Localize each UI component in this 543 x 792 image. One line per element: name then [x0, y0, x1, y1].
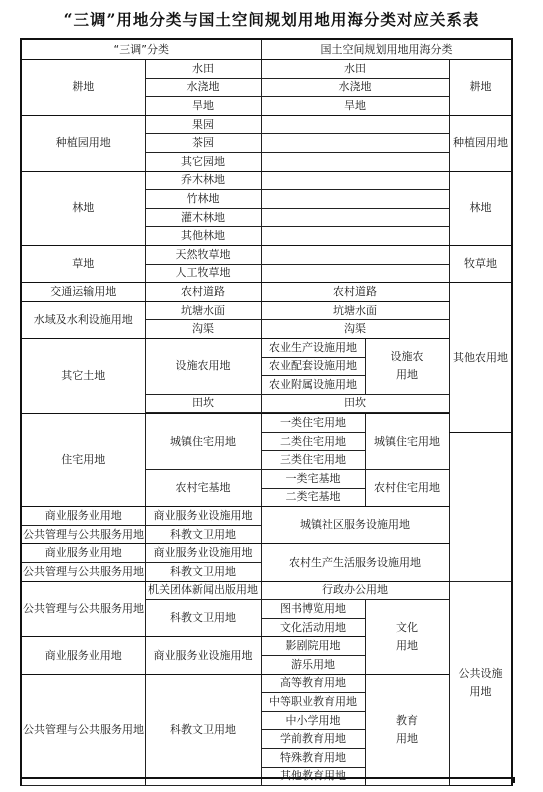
gk-subsub: 二类住宅用地 — [261, 432, 365, 451]
gk-sub-empty — [261, 245, 449, 264]
gk-subsub: 农业配套设施用地 — [261, 357, 365, 376]
gk-sub-empty — [261, 227, 449, 246]
gk-subsub: 中等职业教育用地 — [261, 693, 365, 712]
gk-sub-facility-farm: 设施农用地 — [365, 338, 449, 394]
gk-subsub: 特殊教育用地 — [261, 748, 365, 767]
gk-sub-education-line1: 教育 — [367, 712, 448, 730]
gk-sub-empty — [261, 264, 449, 283]
gk-class-caodi: 牧草地 — [449, 245, 512, 282]
gk-subsub: 文化活动用地 — [261, 618, 365, 637]
sandiao-class: 公共管理与公共服务用地 — [21, 581, 145, 637]
sandiao-sub: 科教文卫用地 — [145, 525, 261, 544]
sandiao-sub: 商业服务业设施用地 — [145, 544, 261, 563]
gk-class-public-facility: 公共设施 用地 — [449, 581, 512, 786]
sandiao-sub: 其它园地 — [145, 152, 261, 171]
gk-sub-empty — [261, 134, 449, 153]
gk-sub: 水田 — [261, 60, 449, 79]
sandiao-class: 商业服务业用地 — [21, 637, 145, 674]
gk-class-public-facility-line2: 用地 — [451, 683, 511, 701]
table-row: 耕地 水田 水田 耕地 — [21, 60, 512, 79]
table-row: 水域及水利设施用地 坑塘水面 坑塘水面 — [21, 301, 512, 320]
gk-class-yuandi: 种植园用地 — [449, 115, 512, 171]
sandiao-sub: 农村宅基地 — [145, 470, 261, 507]
gk-sub-empty — [261, 152, 449, 171]
table-row: 商业服务业用地 商业服务业设施用地 农村生产生活服务设施用地 — [21, 544, 512, 563]
sandiao-sub: 人工牧草地 — [145, 264, 261, 283]
table-row: 交通运输用地 农村道路 农村道路 其他农用地 — [21, 283, 512, 302]
table-row: 草地 天然牧草地 牧草地 — [21, 245, 512, 264]
sandiao-sub: 茶园 — [145, 134, 261, 153]
sandiao-sub: 其他林地 — [145, 227, 261, 246]
gk-sub: 旱地 — [261, 97, 449, 116]
sandiao-sub: 乔木林地 — [145, 171, 261, 190]
sandiao-class-qita: 其它土地 — [21, 338, 145, 413]
gk-sub-community: 城镇社区服务设施用地 — [261, 507, 449, 544]
gk-sub: 城镇住宅用地 — [365, 414, 449, 470]
sandiao-sub: 沟渠 — [145, 320, 261, 339]
gk-subsub: 学前教育用地 — [261, 730, 365, 749]
gk-sub-rural-service: 农村生产生活服务设施用地 — [261, 544, 449, 581]
table-row: 公共管理与公共服务用地 科教文卫用地 高等教育用地 教育 用地 — [21, 674, 512, 693]
sandiao-class: 商业服务业用地 — [21, 507, 145, 526]
header-guotu: 国土空间规划用地用海分类 — [261, 39, 512, 60]
gk-sub: 农村住宅用地 — [365, 470, 449, 507]
sandiao-class-yuandi: 种植园用地 — [21, 115, 145, 171]
page-title: “三调”用地分类与国土空间规划用地用海分类对应关系表 — [0, 8, 543, 30]
gk-subsub: 影剧院用地 — [261, 637, 365, 656]
sandiao-sub: 科教文卫用地 — [145, 674, 261, 786]
gk-sub: 水浇地 — [261, 78, 449, 97]
sandiao-sub: 科教文卫用地 — [145, 563, 261, 582]
gk-sub: 坑塘水面 — [261, 301, 449, 320]
gk-subsub: 中小学用地 — [261, 711, 365, 730]
sandiao-class-gengdi: 耕地 — [21, 60, 145, 116]
divider — [365, 777, 366, 783]
sandiao-class-shuiyu: 水域及水利设施用地 — [21, 301, 145, 338]
sandiao-class: 公共管理与公共服务用地 — [21, 674, 145, 786]
sandiao-sub: 天然牧草地 — [145, 245, 261, 264]
gk-class-gengdi: 耕地 — [449, 60, 512, 116]
table-continuation — [20, 777, 515, 783]
sandiao-sub: 农村道路 — [145, 283, 261, 302]
sandiao-sub: 水浇地 — [145, 78, 261, 97]
gk-subsub: 农业附属设施用地 — [261, 376, 365, 395]
sandiao-sub: 机关团体新闻出版用地 — [145, 581, 261, 600]
sandiao-sub: 旱地 — [145, 97, 261, 116]
gk-sub-empty — [261, 208, 449, 227]
sandiao-sub: 竹林地 — [145, 190, 261, 209]
gk-sub: 田坎 — [261, 394, 449, 413]
sandiao-sub: 坑塘水面 — [145, 301, 261, 320]
sandiao-sub: 果园 — [145, 115, 261, 134]
gk-subsub: 一类住宅用地 — [261, 414, 365, 433]
table-row: 公共管理与公共服务用地 机关团体新闻出版用地 行政办公用地 公共设施 用地 — [21, 581, 512, 600]
gk-subsub: 图书博览用地 — [261, 600, 365, 619]
gk-subsub: 游乐用地 — [261, 656, 365, 675]
gk-subsub: 三类住宅用地 — [261, 451, 365, 470]
sandiao-sub: 商业服务业设施用地 — [145, 637, 261, 674]
sandiao-sub: 科教文卫用地 — [145, 600, 261, 637]
sandiao-class-lindi: 林地 — [21, 171, 145, 245]
divider — [449, 777, 450, 783]
gk-subsub: 二类宅基地 — [261, 488, 365, 507]
gk-sub-culture: 文化 用地 — [365, 600, 449, 674]
sandiao-sub: 商业服务业设施用地 — [145, 507, 261, 526]
gk-sub-education-line2: 用地 — [367, 730, 448, 748]
sandiao-sub: 城镇住宅用地 — [145, 414, 261, 470]
sandiao-sub: 设施农用地 — [145, 338, 261, 394]
gk-sub-culture-line2: 用地 — [367, 637, 448, 655]
table-row: 商业服务业用地 商业服务业设施用地 城镇社区服务设施用地 — [21, 507, 512, 526]
gk-sub-empty — [261, 190, 449, 209]
sandiao-class-jiaotong: 交通运输用地 — [21, 283, 145, 302]
gk-class-other-farm: 其他农用地 — [449, 283, 512, 433]
gk-subsub: 农业生产设施用地 — [261, 338, 365, 357]
gk-sub-culture-line1: 文化 — [367, 619, 448, 637]
gk-subsub: 高等教育用地 — [261, 674, 365, 693]
sandiao-class: 公共管理与公共服务用地 — [21, 525, 145, 544]
header-sandiao: “三调”分类 — [21, 39, 261, 60]
table-row: 其它土地 设施农用地 农业生产设施用地 设施农用地 — [21, 338, 512, 357]
sandiao-class: 公共管理与公共服务用地 — [21, 563, 145, 582]
gk-sub-admin: 行政办公用地 — [261, 581, 449, 600]
gk-sub: 沟渠 — [261, 320, 449, 339]
sandiao-sub: 水田 — [145, 60, 261, 79]
table-row: 种植园用地 果园 种植园用地 — [21, 115, 512, 134]
gk-sub-empty — [261, 171, 449, 190]
divider — [145, 777, 146, 783]
gk-sub-education: 教育 用地 — [365, 674, 449, 786]
gk-class-lindi: 林地 — [449, 171, 512, 245]
sandiao-sub: 田坎 — [145, 394, 261, 413]
gk-sub: 农村道路 — [261, 283, 449, 302]
table-row: 林地 乔木林地 林地 — [21, 171, 512, 190]
sandiao-class: 商业服务业用地 — [21, 544, 145, 563]
sandiao-sub: 灌木林地 — [145, 208, 261, 227]
gk-subsub: 一类宅基地 — [261, 470, 365, 489]
sandiao-class-caodi: 草地 — [21, 245, 145, 282]
correspondence-table: “三调”分类 国土空间规划用地用海分类 耕地 水田 水田 耕地 水浇地 水浇地 … — [20, 38, 513, 786]
table-header-row: “三调”分类 国土空间规划用地用海分类 — [21, 39, 512, 60]
gk-sub-empty — [261, 115, 449, 134]
divider — [261, 777, 262, 783]
gk-class-public-facility-line1: 公共设施 — [451, 665, 511, 683]
table-row: 住宅用地 城镇住宅用地 一类住宅用地 城镇住宅用地 居住用地 — [21, 414, 512, 433]
sandiao-class-zhuzhai: 住宅用地 — [21, 414, 145, 507]
